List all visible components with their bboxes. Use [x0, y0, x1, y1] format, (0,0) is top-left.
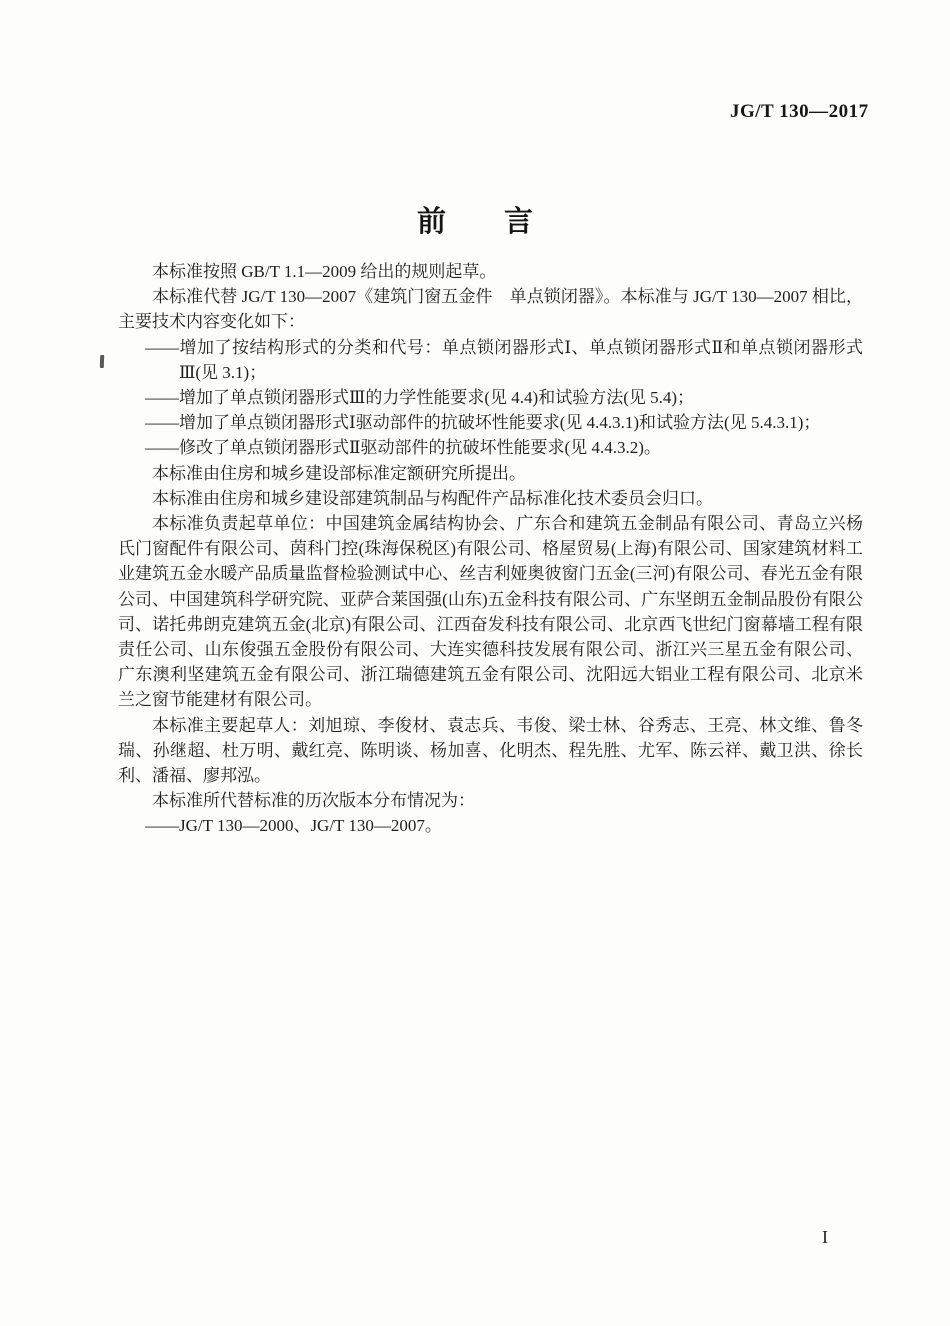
change-list-item: ——增加了单点锁闭器形式Ⅰ驱动部件的抗破坏性能要求(见 4.4.3.1)和试验方…: [179, 410, 863, 435]
paragraph-previous-editions-intro: 本标准所代替标准的历次版本分布情况为：: [118, 788, 863, 813]
page-title: 前 言: [0, 199, 950, 240]
foreword-body: 本标准按照 GB/T 1.1—2009 给出的规则起草。 本标准代替 JG/T …: [118, 259, 863, 839]
paragraph-centralized-by: 本标准由住房和城乡建设部建筑制品与构配件产品标准化技术委员会归口。: [118, 486, 863, 511]
previous-editions-list-item: ——JG/T 130—2000、JG/T 130—2007。: [179, 813, 863, 838]
paragraph-drafting-rules: 本标准按照 GB/T 1.1—2009 给出的规则起草。: [118, 259, 863, 284]
paragraph-proposed-by: 本标准由住房和城乡建设部标准定额研究所提出。: [118, 461, 863, 486]
document-page: JG/T 130—2017 前 言 本标准按照 GB/T 1.1—2009 给出…: [0, 0, 950, 1326]
change-list-item: ——修改了单点锁闭器形式Ⅱ驱动部件的抗破坏性能要求(见 4.4.3.2)。: [179, 435, 863, 460]
change-list-item: ——增加了单点锁闭器形式Ⅲ的力学性能要求(见 4.4)和试验方法(见 5.4)；: [179, 385, 863, 410]
change-list-item: ——增加了按结构形式的分类和代号：单点锁闭器形式Ⅰ、单点锁闭器形式Ⅱ和单点锁闭器…: [179, 335, 863, 385]
paragraph-replacement-notice: 本标准代替 JG/T 130—2007《建筑门窗五金件 单点锁闭器》。本标准与 …: [118, 284, 863, 334]
scan-artifact: [100, 355, 104, 368]
paragraph-drafting-organizations: 本标准负责起草单位：中国建筑金属结构协会、广东合和建筑五金制品有限公司、青岛立兴…: [118, 511, 863, 713]
paragraph-main-drafters: 本标准主要起草人：刘旭琼、李俊材、袁志兵、韦俊、梁士林、谷秀志、王亮、林文维、鲁…: [118, 713, 863, 789]
page-number: I: [822, 1227, 828, 1248]
standard-code: JG/T 130—2017: [730, 101, 862, 123]
